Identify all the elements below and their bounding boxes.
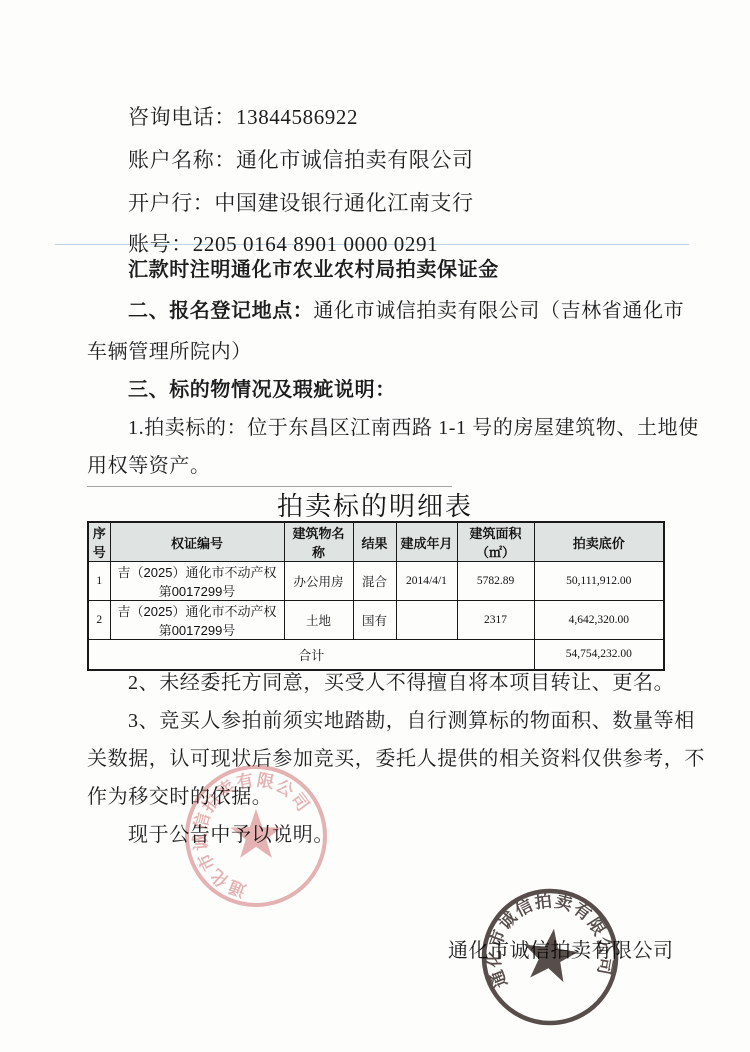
cell-area: 5782.89	[457, 562, 534, 601]
section3-title: 三、标的物情况及瑕疵说明：	[128, 373, 396, 402]
scanned-document-page: 咨询电话：13844586922 账户名称：通化市诚信拍卖有限公司 开户行：中国…	[0, 0, 750, 1052]
table-total-row: 合计 54,754,232.00	[88, 640, 664, 670]
cell-cert-no: 吉（2025）通化市不动产权第0017299号	[110, 562, 284, 601]
table-header-row: 序号 权证编号 建筑物名称 结果 建成年月 建筑面积（㎡） 拍卖底价	[88, 522, 664, 562]
item3-line3: 作为移交时的依据。	[87, 780, 272, 809]
item2-line: 2、未经委托方同意，买受人不得擅自将本项目转让、更名。	[128, 666, 674, 695]
cell-building-name: 办公用房	[284, 562, 353, 601]
item1-line1: 1.拍卖标的：位于东昌区江南西路 1-1 号的房屋建筑物、土地使	[128, 411, 699, 440]
cell-area: 2317	[457, 601, 534, 640]
table-row: 1 吉（2025）通化市不动产权第0017299号 办公用房 混合 2014/4…	[88, 562, 664, 601]
item3-line2: 关数据，认可现状后参加竞买，委托人提供的相关资料仅供参考，不	[87, 742, 705, 771]
closing-line: 现于公告中予以说明。	[128, 818, 334, 847]
auction-detail-table: 序号 权证编号 建筑物名称 结果 建成年月 建筑面积（㎡） 拍卖底价 1 吉（2…	[87, 521, 665, 671]
item3-line1: 3、竞买人参拍前须实地踏勘，自行测算标的物面积、数量等相	[128, 704, 695, 733]
item1-line2: 用权等资产。	[87, 449, 211, 478]
col-reserve-price: 拍卖底价	[534, 522, 664, 562]
bank-branch-line: 开户行：中国建设银行通化江南支行	[128, 187, 474, 217]
col-cert-no: 权证编号	[110, 522, 284, 562]
company-signature: 通化市诚信拍卖有限公司	[448, 934, 674, 963]
cell-build-date	[396, 601, 457, 640]
table-title: 拍卖标的明细表	[0, 486, 750, 523]
section2-label: 二、报名登记地点：	[128, 300, 313, 322]
col-area: 建筑面积（㎡）	[457, 522, 534, 562]
table-row: 2 吉（2025）通化市不动产权第0017299号 土地 国有 2317 4,6…	[88, 601, 664, 640]
col-seq: 序号	[88, 522, 110, 562]
cell-seq: 2	[88, 601, 110, 640]
cell-result: 国有	[353, 601, 396, 640]
section2-text: 通化市诚信拍卖有限公司（吉林省通化市	[313, 300, 684, 322]
account-name-line: 账户名称：通化市诚信拍卖有限公司	[128, 144, 474, 174]
cell-reserve-price: 50,111,912.00	[534, 562, 664, 601]
section2-continuation: 车辆管理所院内）	[87, 335, 252, 364]
col-result: 结果	[353, 522, 396, 562]
cell-seq: 1	[88, 562, 110, 601]
cell-cert-no: 吉（2025）通化市不动产权第0017299号	[110, 601, 284, 640]
total-label: 合计	[88, 640, 534, 670]
phone-line: 咨询电话：13844586922	[128, 101, 358, 131]
total-value: 54,754,232.00	[534, 640, 664, 670]
cell-result: 混合	[353, 562, 396, 601]
remit-note: 汇款时注明通化市农业农村局拍卖保证金	[128, 253, 499, 282]
cell-building-name: 土地	[284, 601, 353, 640]
col-building-name: 建筑物名称	[284, 522, 353, 562]
cell-reserve-price: 4,642,320.00	[534, 601, 664, 640]
section2-line: 二、报名登记地点：通化市诚信拍卖有限公司（吉林省通化市	[128, 294, 684, 323]
col-build-date: 建成年月	[396, 522, 457, 562]
cell-build-date: 2014/4/1	[396, 562, 457, 601]
